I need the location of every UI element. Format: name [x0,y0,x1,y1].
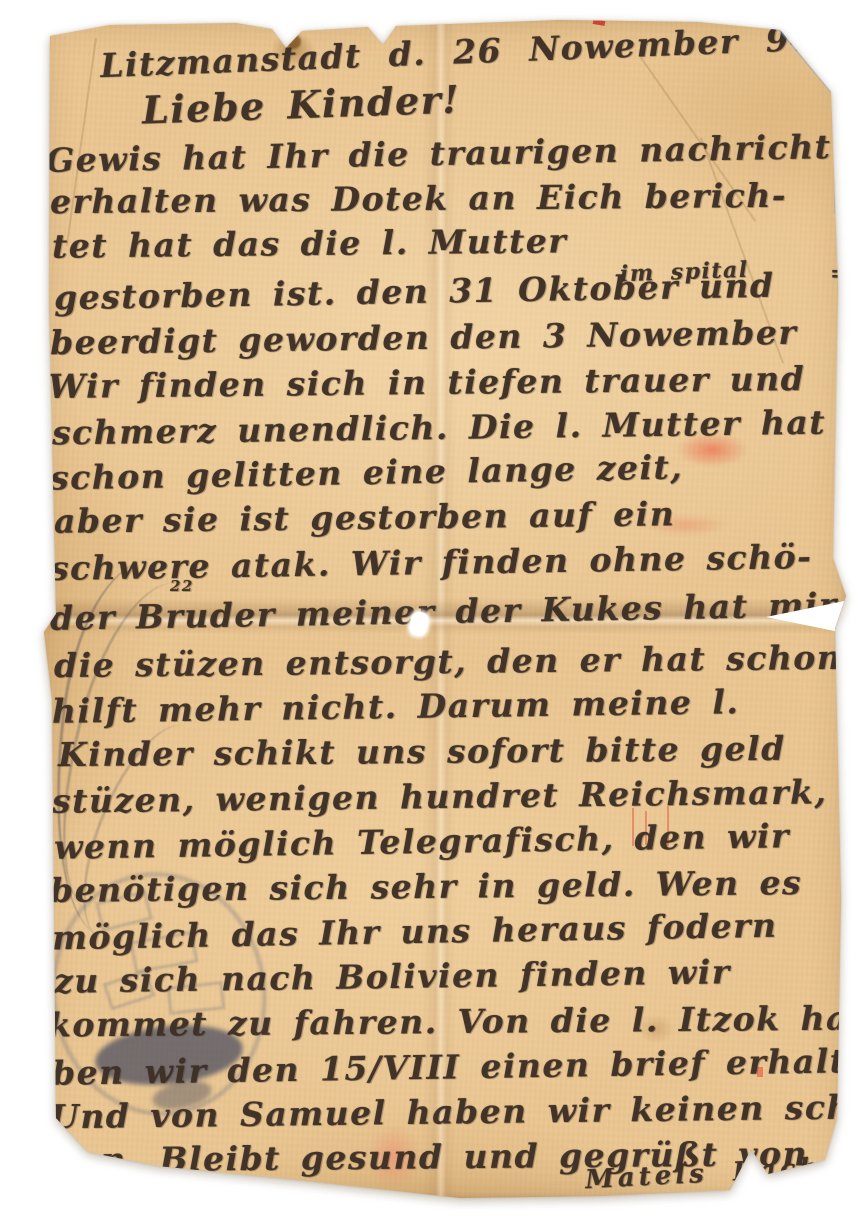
letter-paper: Litzmanstadt d. 26 Nowember 940 Liebe Ki… [40,18,846,1198]
handwritten-line: tet hat das die l. Mutter [52,223,567,265]
scanner-edge-blue [834,94,836,214]
handwritten-line: aber sie ist gestorben auf ein [54,496,676,540]
handwritten-line: Und von Samuel haben wir keinen schrei- [50,1089,865,1136]
handwritten-line: erhalten was Dotek an Eich berich- [50,178,787,221]
handwritten-line: zu sich nach Bolivien finden wir [54,954,731,1000]
letter-paper-wrap: Litzmanstadt d. 26 Nowember 940 Liebe Ki… [40,18,846,1200]
scanned-letter-page: Litzmanstadt d. 26 Nowember 940 Liebe Ki… [0,0,865,1217]
hyphen-edge-mark: = [830,262,850,286]
handwritten-line: schwere atak. Wir finden ohne schö- [50,539,813,587]
handwritten-line: Wir finden sich in tiefen trauer und [48,361,806,405]
handwritten-line: stüzen, wenigen hundret Reichsmark, [52,774,828,820]
scanner-edge-blue [777,28,831,92]
handwritten-line: kommet zu fahren. Von die l. Itzok ha- [48,1000,864,1043]
red-dash-top [593,19,606,26]
margin-mark: 22 [170,578,194,595]
handwritten-line: beerdigt geworden den 3 Nowember [50,315,798,362]
dateline: Litzmanstadt d. 26 Nowember 940 [100,20,840,85]
handwritten-line: Kinder schikt uns sofort bitte geld [58,731,786,774]
handwritten-line: benötigen sich sehr in geld. Wen es [50,865,802,909]
handwritten-line: wenn möglich Telegrafisch, den wir [54,818,790,866]
handwritten-line: die stüzen entsorgt, den er hat schon [54,640,843,685]
handwritten-line: hilft mehr nicht. Darum meine l. [52,684,740,730]
salutation: Liebe Kinder! [141,78,461,131]
handwritten-line: gestorben ist. den 31 Oktober und [54,268,775,317]
handwritten-line: schon gelitten eine lange zeit, [50,449,684,496]
